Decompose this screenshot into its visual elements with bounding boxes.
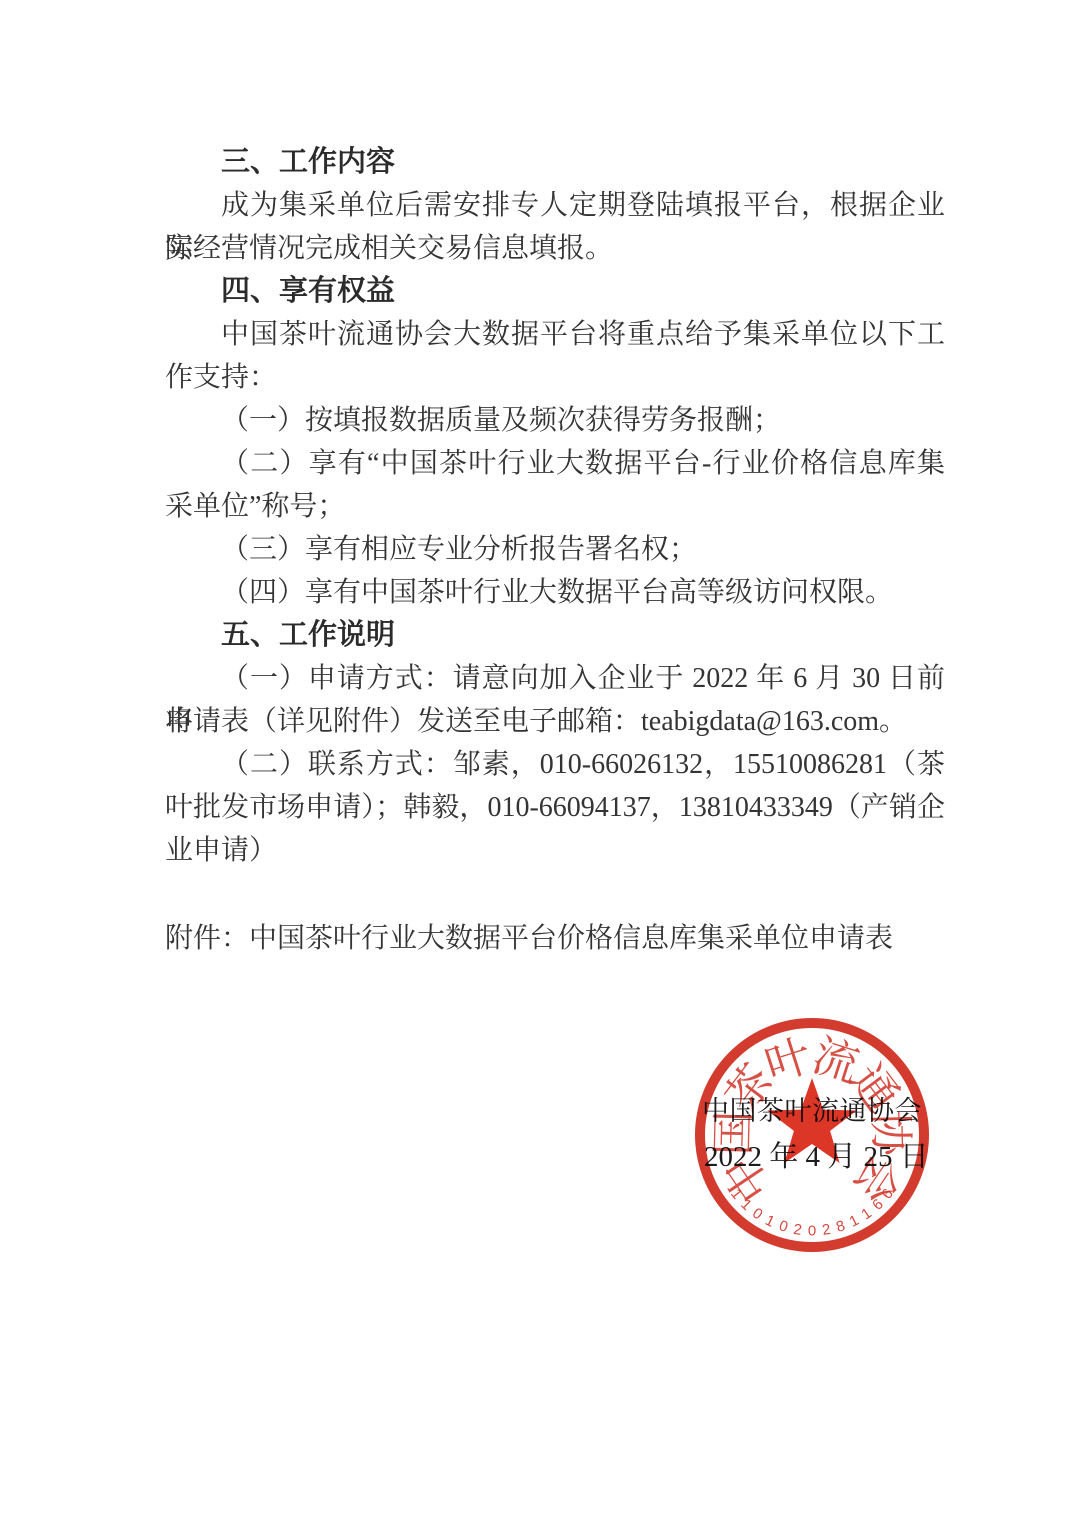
seal-code-digit: 2 [821,1221,832,1239]
seal-code-digit: 1 [847,1212,862,1231]
text-line: 业申请） [165,829,945,872]
signature-org: 中国茶叶流通协会 [702,1094,922,1128]
text-line: （三）享有相应专业分析报告署名权； [165,528,945,571]
document-page: 三、工作内容成为集采单位后需安排专人定期登陆填报平台，根据企业实际经营情况完成相… [0,0,1080,1527]
seal-code-digit: 8 [834,1217,847,1236]
text-line: 采单位”称号； [165,485,945,528]
section-heading: 五、工作说明 [165,614,945,657]
text-line: （一）按填报数据质量及频次获得劳务报酬； [165,399,945,442]
seal-code-digit: 0 [808,1223,816,1240]
attachment-line: 附件：中国茶叶行业大数据平台价格信息库集采单位申请表 [165,917,945,960]
official-seal-graphic: 中国茶叶流通协会1101020281166 [662,985,962,1285]
text-line: 叶批发市场申请）；韩毅，010-66094137，13810433349（产销企 [165,786,945,829]
text-line: （四）享有中国茶叶行业大数据平台高等级访问权限。 [165,571,945,614]
text-line: 成为集采单位后需安排专人定期登陆填报平台，根据企业实 [165,184,945,227]
seal-code-digit: 0 [749,1205,766,1224]
seal-code-digit: 2 [792,1221,803,1239]
text-line: （一）申请方式：请意向加入企业于 2022 年 6 月 30 日前将 [165,657,945,700]
document-body: 三、工作内容成为集采单位后需安排专人定期登陆填报平台，根据企业实际经营情况完成相… [165,141,945,960]
text-line: 中国茶叶流通协会大数据平台将重点给予集采单位以下工 [165,313,945,356]
official-seal: 中国茶叶流通协会1101020281166 [662,985,962,1285]
seal-code-digit: 0 [777,1217,790,1236]
text-line: 际经营情况完成相关交易信息填报。 [165,227,945,270]
seal-code-digit: 1 [858,1205,875,1224]
text-line: 申请表（详见附件）发送至电子邮箱：teabigdata@163.com。 [165,700,945,743]
text-line: （二）联系方式：邹素，010-66026132，15510086281（茶 [165,743,945,786]
section-heading: 三、工作内容 [165,141,945,184]
seal-code-digit: 1 [762,1212,777,1231]
signature-date: 2022 年 4 月 25 日 [704,1139,929,1175]
text-line: （二）享有“中国茶叶行业大数据平台-行业价格信息库集 [165,442,945,485]
section-heading: 四、享有权益 [165,270,945,313]
text-line: 作支持： [165,356,945,399]
